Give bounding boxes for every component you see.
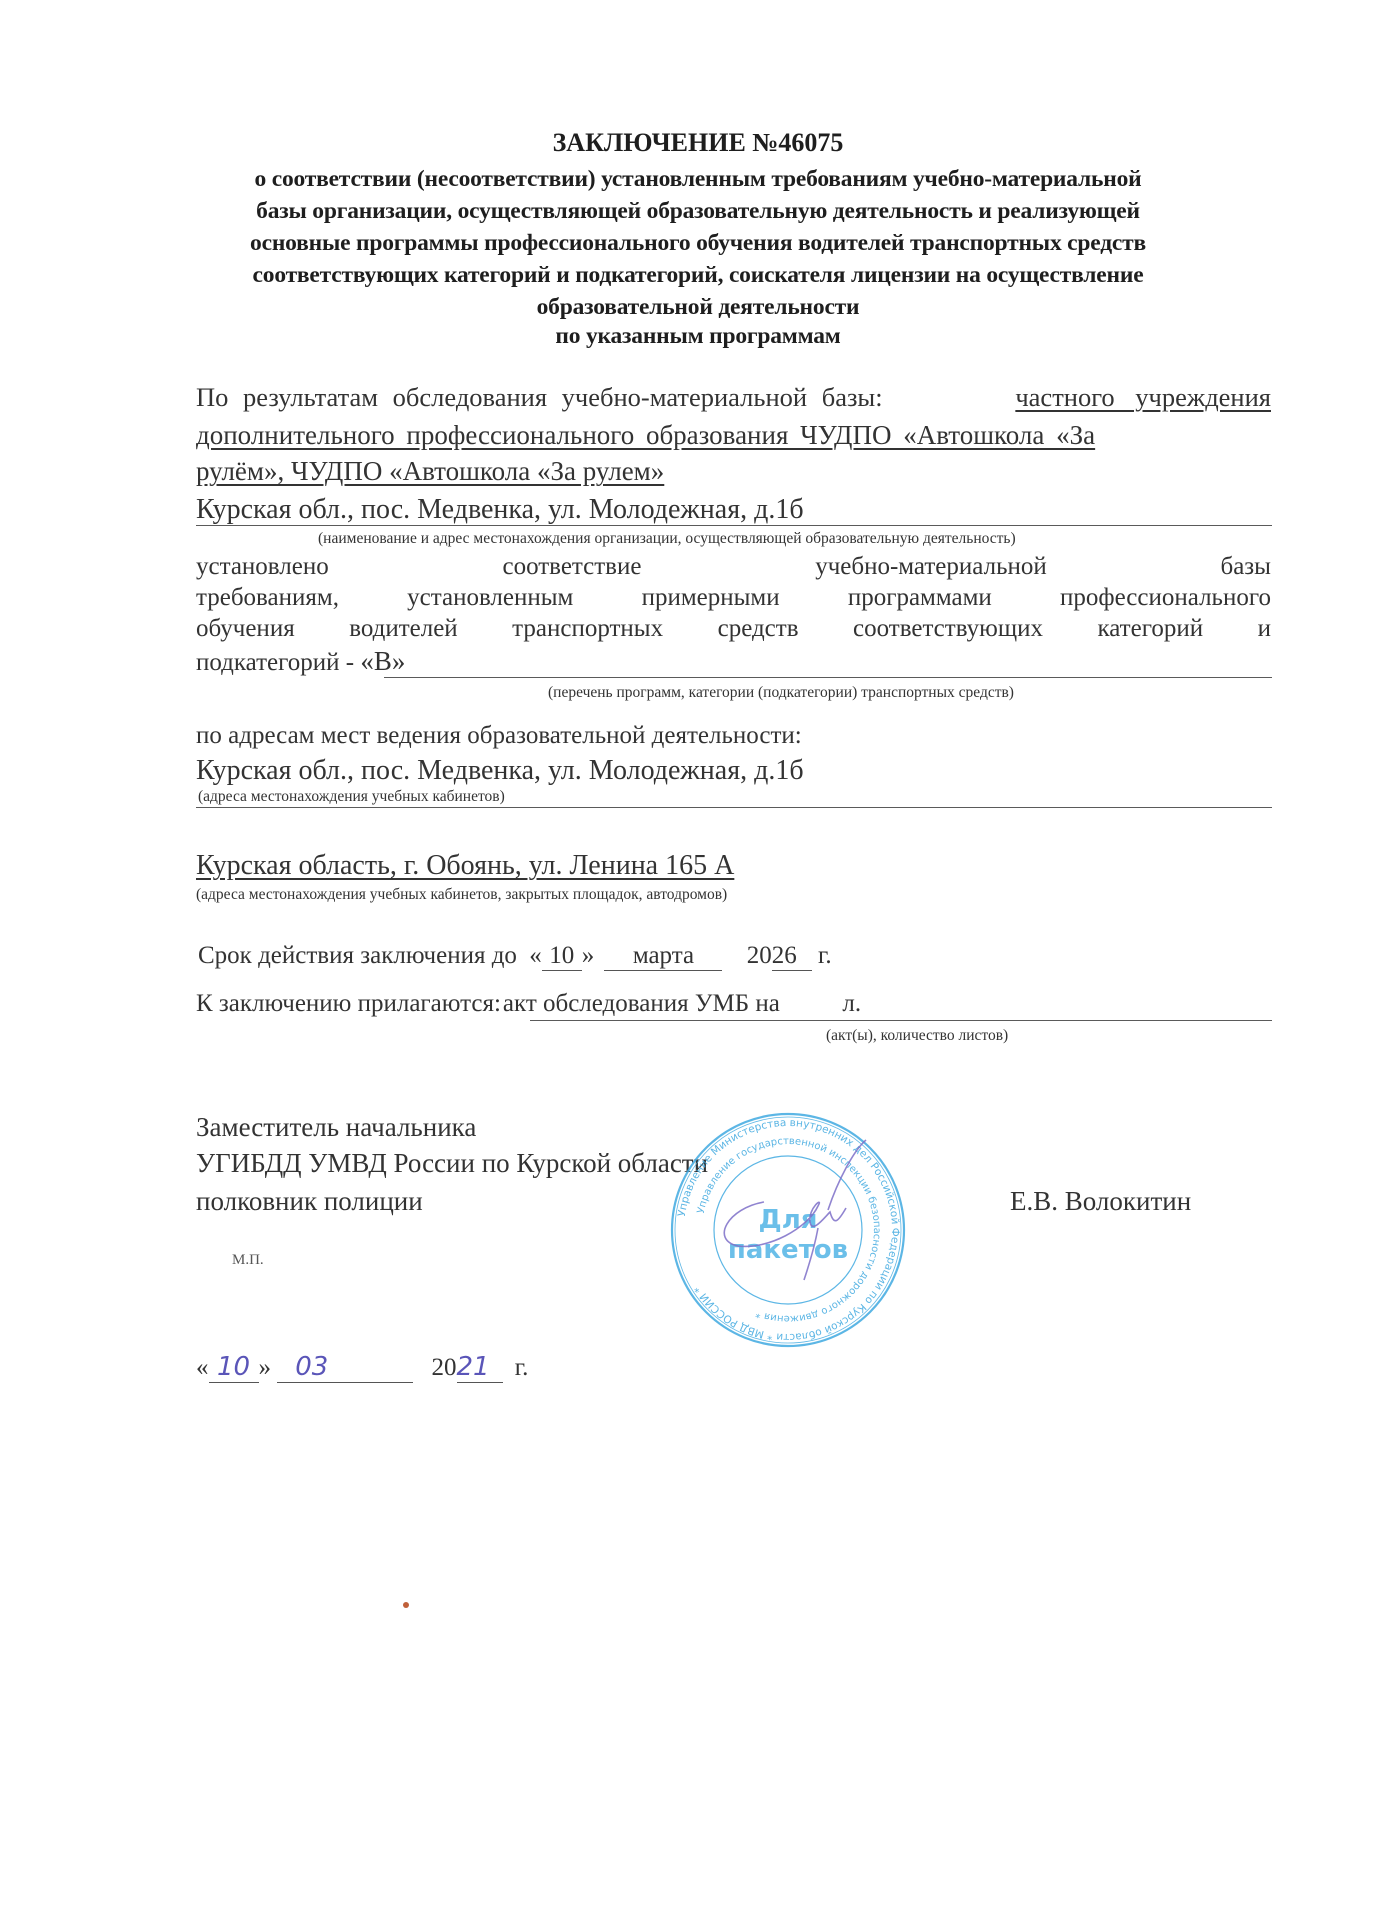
category-underline: [384, 677, 1272, 678]
issue-year: 21: [457, 1352, 503, 1383]
signatory-name: Е.В. Волокитин: [1010, 1186, 1191, 1217]
attachments-sheets: [786, 1010, 836, 1011]
survey-lead-line: По результатам обследования учебно-матер…: [196, 382, 1271, 413]
subtitle-line-5: образовательной деятельности: [0, 294, 1396, 321]
issue-day: 10: [209, 1352, 259, 1383]
organization-address: Курская обл., пос. Медвенка, ул. Молодеж…: [196, 494, 804, 526]
location-caption-1: (адреса местонахождения учебных кабинето…: [198, 788, 505, 806]
issue-date-line: «10» 03 2021 г.: [196, 1352, 528, 1383]
subtitle-line-1: о соответствии (несоответствии) установл…: [0, 166, 1396, 193]
document-heading: ЗАКЛЮЧЕНИЕ №46075: [0, 128, 1396, 158]
issue-month: 03: [277, 1352, 413, 1383]
subtitle-line-4: соответствующих категорий и подкатегорий…: [0, 262, 1396, 289]
validity-line: Срок действия заключения до «10» марта 2…: [198, 942, 832, 971]
compliance-line-2: требованиям, установленным примерными пр…: [196, 584, 1271, 612]
compliance-line-1: установлено соответствие учебно-материал…: [196, 553, 1271, 581]
attachments-caption: (акт(ы), количество листов): [826, 1027, 1008, 1045]
category-value: «В»: [360, 646, 405, 676]
validity-year: 26: [772, 942, 812, 971]
signatory-position-1: Заместитель начальника: [196, 1112, 476, 1143]
category-caption: (перечень программ, категории (подкатего…: [548, 684, 1014, 702]
seal-mark-label: М.П.: [232, 1252, 264, 1269]
address-underline: [196, 525, 1272, 526]
stray-ink-dot: [403, 1602, 409, 1608]
validity-month: марта: [604, 942, 722, 971]
location-address-2: Курская область, г. Обоянь, ул. Ленина 1…: [196, 850, 734, 882]
compliance-line-3: обучения водителей транспортных средств …: [196, 615, 1271, 643]
location-address-1: Курская обл., пос. Медвенка, ул. Молодеж…: [196, 755, 804, 787]
subtitle-line-2: базы организации, осуществляющей образов…: [0, 198, 1396, 225]
organization-name-part2: дополнительного профессионального образо…: [196, 420, 1271, 451]
stamp-center-line-2: пакетов: [728, 1235, 848, 1265]
validity-day: 10: [542, 942, 582, 971]
locations-lead: по адресам мест ведения образовательной …: [196, 722, 802, 750]
location-caption-2: (адреса местонахождения учебных кабинето…: [196, 886, 727, 904]
subtitle-line-3: основные программы профессионального обу…: [0, 230, 1396, 257]
official-stamp-icon: Управление Министерства внутренних дел Р…: [668, 1110, 908, 1350]
attachments-label: К заключению прилагаются:: [196, 990, 501, 1017]
organization-caption: (наименование и адрес местонахождения ор…: [318, 530, 1016, 548]
signatory-position-2: УГИБДД УМВД России по Курской области: [196, 1148, 708, 1179]
subtitle-line-6: по указанным программам: [0, 323, 1396, 350]
signatory-rank: полковник полиции: [196, 1186, 423, 1217]
survey-lead: По результатам обследования учебно-матер…: [196, 382, 883, 413]
organization-name-part1: частного учреждения: [1015, 382, 1271, 413]
attachments-line: К заключению прилагаются:акт обследовани…: [196, 990, 861, 1018]
validity-label: Срок действия заключения до: [198, 942, 517, 969]
location-1-underline: [196, 807, 1272, 808]
compliance-line-4: подкатегорий - «В»: [196, 646, 405, 677]
organization-name-part3: рулём», ЧУДПО «Автошкола «За рулем»: [196, 456, 664, 487]
attachments-value: акт обследования УМБ на: [503, 990, 780, 1017]
attachments-underline: [530, 1020, 1272, 1021]
